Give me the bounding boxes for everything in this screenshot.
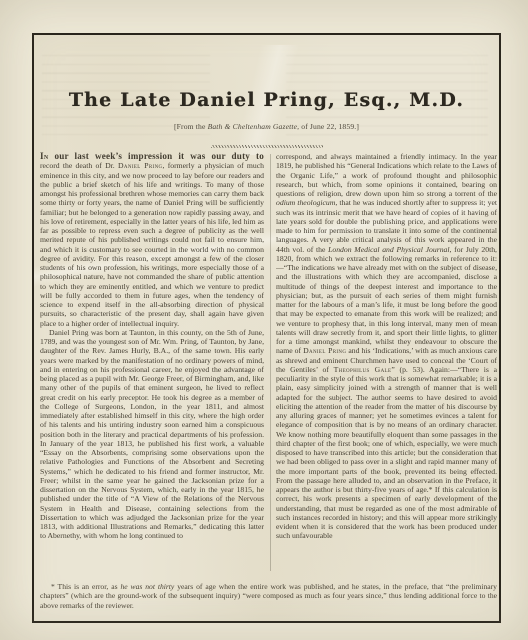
- text-segment: * This is an error, as: [51, 582, 120, 591]
- source-citation: [From the Bath & Cheltenham Gazette, of …: [34, 122, 499, 131]
- page: The Late Daniel Pring, Esq., M.D. [From …: [32, 33, 501, 623]
- text-segment: record the death of Dr.: [40, 161, 118, 170]
- text-segment: he was not thirty: [120, 582, 174, 591]
- column-rule: [270, 154, 271, 571]
- paragraph: correspond, and always maintained a frie…: [276, 152, 497, 541]
- paragraph: In our last week’s impression it was our…: [40, 152, 264, 328]
- text-segment: Daniel Pring was born at Taunton, in thi…: [40, 328, 264, 541]
- source-prefix: [From the: [174, 122, 208, 131]
- source-suffix: of June 22, 1859.]: [299, 122, 359, 131]
- wavy-divider: [211, 145, 323, 148]
- text-segment: Daniel Pring: [118, 161, 163, 170]
- text-segment: , formerly a physician of much eminence …: [40, 161, 264, 327]
- text-segment: odium theologicum: [276, 198, 335, 207]
- article-body: In our last week’s impression it was our…: [40, 152, 497, 578]
- text-segment: ” (p. 53). Again:—“There is a peculiarit…: [276, 365, 497, 541]
- paragraph: Daniel Pring was born at Taunton, in thi…: [40, 328, 264, 541]
- text-segment: London Medical and Physical Journal: [328, 245, 449, 254]
- text-segment: , for July 20th, 1820, from which we ext…: [276, 245, 497, 356]
- footnote: * This is an error, as he was not thirty…: [40, 582, 497, 610]
- column-left: In our last week’s impression it was our…: [40, 152, 264, 578]
- column-right: correspond, and always maintained a frie…: [276, 152, 497, 578]
- article-title: The Late Daniel Pring, Esq., M.D.: [34, 89, 499, 111]
- text-segment: our last week’s impression it was our du…: [48, 152, 264, 161]
- source-journal-name: Bath & Cheltenham Gazette,: [208, 122, 300, 131]
- text-segment: correspond, and always maintained a frie…: [276, 152, 497, 198]
- text-segment: Theophilus Gale: [334, 365, 392, 374]
- text-segment: Daniel Pring: [303, 346, 346, 355]
